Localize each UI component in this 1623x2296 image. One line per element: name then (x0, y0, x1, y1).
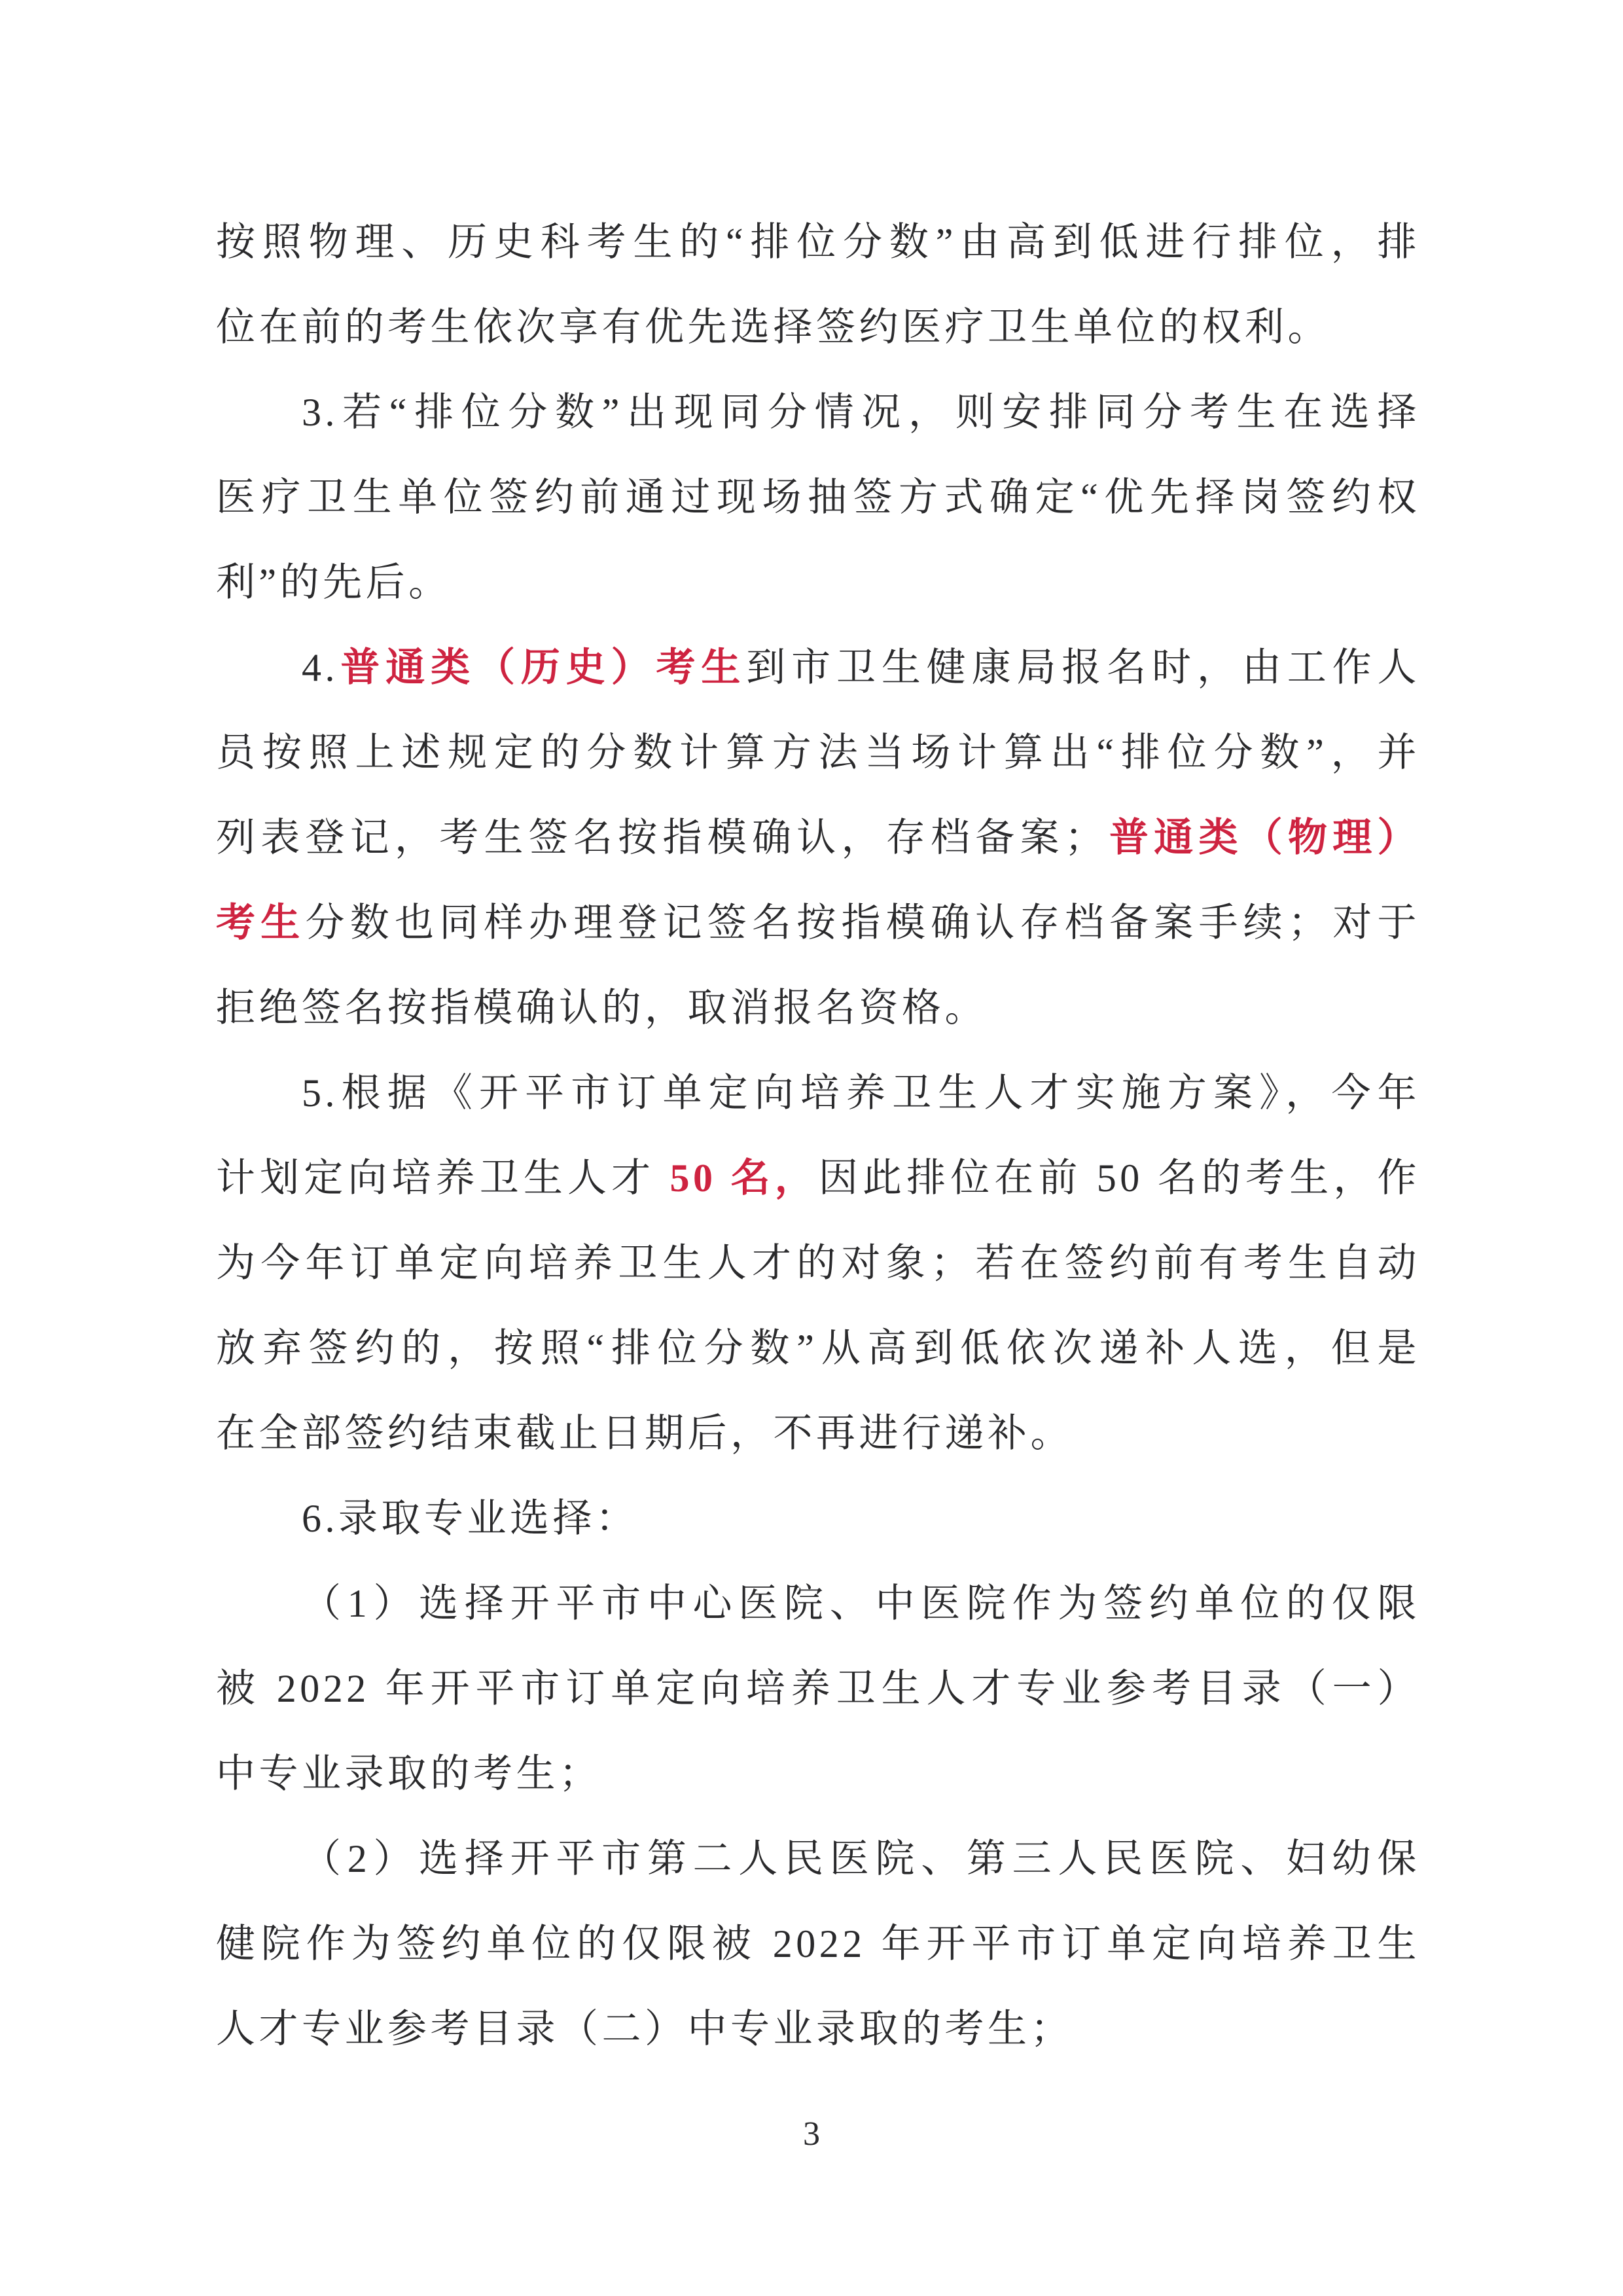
text-line: 6.录取专业选择： (216, 1476, 1420, 1561)
red-emphasis-text: 50 名， (669, 1157, 818, 1200)
text-line: 为今年订单定向培养卫生人才的对象；若在签约前有考生自动 (216, 1221, 1420, 1306)
text-line: 健院作为签约单位的仅限被 2022 年开平市订单定向培养卫生 (216, 1901, 1420, 1986)
text-line: 位在前的考生依次享有优先选择签约医疗卫生单位的权利。 (216, 285, 1420, 370)
text-segment: 列表登记，考生签名按指模确认，存档备案； (216, 816, 1107, 859)
text-line: 利”的先后。 (216, 540, 1420, 625)
page-number: 3 (0, 2111, 1623, 2157)
text-segment: 到市卫生健康局报名时，由工作人 (746, 646, 1420, 689)
text-line: 放弃签约的，按照“排位分数”从高到低依次递补人选，但是 (216, 1306, 1420, 1391)
text-segment: 3.若“排位分数”出现同分情况，则安排同分考生在选择 (302, 391, 1420, 434)
text-segment: 利”的先后。 (216, 561, 452, 604)
text-line: 中专业录取的考生； (216, 1731, 1420, 1816)
text-segment: 健院作为签约单位的仅限被 2022 年开平市订单定向培养卫生 (216, 1922, 1420, 1965)
text-segment: 医疗卫生单位签约前通过现场抽签方式确定“优先择岗签约权 (216, 476, 1420, 519)
text-line: 考生分数也同样办理登记签名按指模确认存档备案手续；对于 (216, 880, 1420, 965)
text-segment: 按照物理、历史科考生的“排位分数”由高到低进行排位，排 (216, 221, 1420, 264)
text-segment: 位在前的考生依次享有优先选择签约医疗卫生单位的权利。 (216, 306, 1330, 349)
text-segment: 因此排位在前 50 名的考生，作 (819, 1157, 1420, 1200)
text-line: 医疗卫生单位签约前通过现场抽签方式确定“优先择岗签约权 (216, 455, 1420, 540)
text-segment: （2）选择开平市第二人民医院、第三人民医院、妇幼保 (302, 1837, 1420, 1880)
red-emphasis-text: 普通类（物理） (1107, 816, 1420, 859)
text-segment: 6.录取专业选择： (302, 1497, 639, 1540)
red-emphasis-text: 普通类（历史）考生 (338, 646, 746, 689)
text-segment: 分数也同样办理登记签名按指模确认存档备案手续；对于 (306, 901, 1421, 944)
text-line: 计划定向培养卫生人才 50 名，因此排位在前 50 名的考生，作 (216, 1136, 1420, 1221)
red-emphasis-text: 考生 (216, 901, 306, 944)
text-line: （2）选择开平市第二人民医院、第三人民医院、妇幼保 (216, 1816, 1420, 1901)
text-segment: 员按照上述规定的分数计算方法当场计算出“排位分数”，并 (216, 731, 1420, 774)
text-segment: 4. (302, 646, 338, 689)
document-page: 按照物理、历史科考生的“排位分数”由高到低进行排位，排位在前的考生依次享有优先选… (0, 0, 1623, 2296)
text-segment: 被 2022 年开平市订单定向培养卫生人才专业参考目录（一） (216, 1667, 1420, 1710)
text-segment: 5.根据《开平市订单定向培养卫生人才实施方案》，今年 (302, 1071, 1420, 1115)
text-line: （1）选择开平市中心医院、中医院作为签约单位的仅限 (216, 1561, 1420, 1646)
text-line: 人才专业参考目录（二）中专业录取的考生； (216, 1986, 1420, 2072)
text-line: 拒绝签名按指模确认的，取消报名资格。 (216, 965, 1420, 1050)
text-segment: （1）选择开平市中心医院、中医院作为签约单位的仅限 (302, 1582, 1420, 1625)
text-segment: 中专业录取的考生； (216, 1752, 602, 1795)
text-line: 5.根据《开平市订单定向培养卫生人才实施方案》，今年 (216, 1050, 1420, 1136)
text-line: 按照物理、历史科考生的“排位分数”由高到低进行排位，排 (216, 200, 1420, 285)
text-segment: 为今年订单定向培养卫生人才的对象；若在签约前有考生自动 (216, 1242, 1420, 1285)
text-line: 在全部签约结束截止日期后，不再进行递补。 (216, 1391, 1420, 1476)
text-segment: 计划定向培养卫生人才 (216, 1157, 669, 1200)
document-body: 按照物理、历史科考生的“排位分数”由高到低进行排位，排位在前的考生依次享有优先选… (216, 200, 1420, 2072)
text-line: 被 2022 年开平市订单定向培养卫生人才专业参考目录（一） (216, 1646, 1420, 1731)
text-line: 列表登记，考生签名按指模确认，存档备案；普通类（物理） (216, 795, 1420, 880)
text-segment: 人才专业参考目录（二）中专业录取的考生； (216, 2007, 1073, 2051)
text-segment: 拒绝签名按指模确认的，取消报名资格。 (216, 986, 988, 1030)
text-line: 4.普通类（历史）考生到市卫生健康局报名时，由工作人 (216, 625, 1420, 710)
text-line: 员按照上述规定的分数计算方法当场计算出“排位分数”，并 (216, 710, 1420, 795)
text-segment: 在全部签约结束截止日期后，不再进行递补。 (216, 1412, 1073, 1455)
text-line: 3.若“排位分数”出现同分情况，则安排同分考生在选择 (216, 370, 1420, 455)
text-segment: 放弃签约的，按照“排位分数”从高到低依次递补人选，但是 (216, 1327, 1420, 1370)
